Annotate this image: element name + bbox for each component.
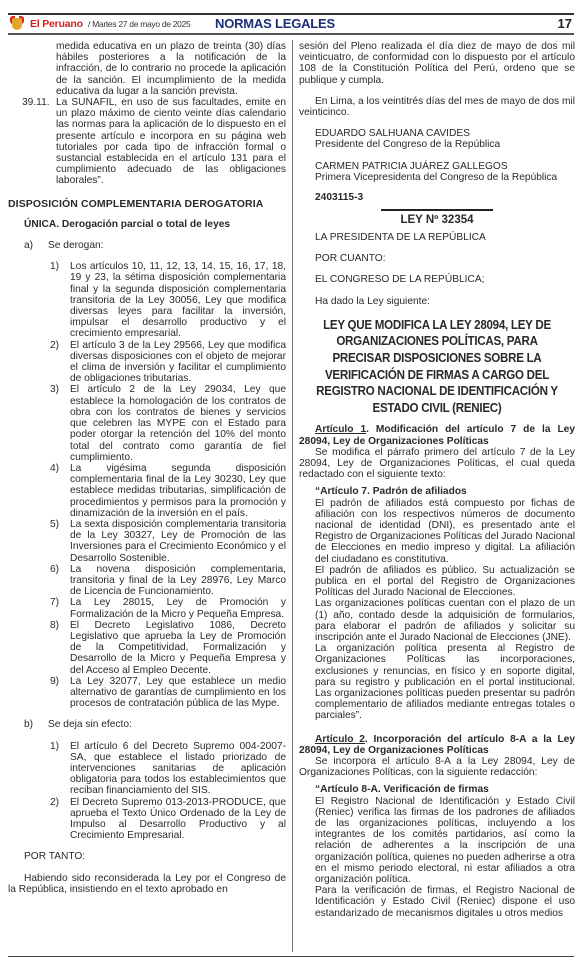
continued-paragraph: sesión del Pleno realizada el día diez d… [299,41,575,86]
por-tanto: POR TANTO: [8,851,286,862]
article-7-quote: “Artículo 7. Padrón de afiliados El padr… [299,486,575,721]
signatory-name: EDUARDO SALHUANA CAVIDES [315,128,575,139]
signatory: EDUARDO SALHUANA CAVIDES Presidente del … [299,128,575,150]
quote-paragraph: El Registro Nacional de Identificación y… [315,796,575,886]
habiendo-paragraph: Habiendo sido reconsiderada la Ley por e… [8,873,286,895]
item-number: 4) [50,463,59,474]
list-item: 5)La sexta disposición complementaria tr… [8,519,286,564]
article-1-intro: Se modifica el párrafo primero del artíc… [299,447,575,481]
item-text: El artículo 3 de la Ley 29566, Ley que m… [70,340,286,385]
unica-heading: ÚNICA. Derogación parcial o total de ley… [8,219,286,230]
quote-paragraph: Para la verificación de firmas, el Regis… [315,885,575,919]
list-item: 2)El artículo 3 de la Ley 29566, Ley que… [8,340,286,385]
signatory: CARMEN PATRICIA JUÁREZ GALLEGOS Primera … [299,161,575,183]
list-item: 2)El Decreto Supremo 013-2013-PRODUCE, q… [8,797,286,842]
congreso-line: EL CONGRESO DE LA REPÚBLICA; [299,274,575,285]
list-item: 3)El artículo 2 de la Ley 29034, Ley que… [8,384,286,462]
article-2-label: Artículo 2 [315,734,365,745]
disposicion-heading: DISPOSICIÓN COMPLEMENTARIA DEROGATORIA [8,199,286,210]
footer-rule [8,956,574,957]
quote-heading: “Artículo 8-A. Verificación de firmas [315,784,575,795]
item-number: 5) [50,519,59,530]
item-number: 2) [50,340,59,351]
item-number: 6) [50,564,59,575]
publication-date: / Martes 27 de mayo de 2025 [88,19,190,29]
left-column: medida educativa en un plazo de treinta … [8,41,286,895]
item-text: La Ley 28015, Ley de Promoción y Formali… [70,597,286,619]
list-item: 4)La vigésima segunda disposición comple… [8,463,286,519]
item-number: 1) [50,741,59,752]
article-2-intro: Se incorpora el artículo 8-A a la Ley 28… [299,756,575,778]
header-top-rule [8,13,574,15]
section-a-label: a) [24,240,33,251]
quote-paragraph: El padrón de afiliados está compuesto po… [315,498,575,565]
right-column: sesión del Pleno realizada el día diez d… [299,41,575,919]
article-8a-quote: “Artículo 8-A. Verificación de firmas El… [299,784,575,918]
quote-heading: “Artículo 7. Padrón de afiliados [315,486,575,497]
quote-paragraph: La organización política presenta al Reg… [315,643,575,721]
quote-paragraph: El padrón de afiliados es público. Su ac… [315,565,575,599]
signatory-name: CARMEN PATRICIA JUÁREZ GALLEGOS [315,161,575,172]
newspaper-brand: El Peruano [30,18,83,30]
page-number: 17 [558,16,572,31]
section-a-text: Se derogan: [48,240,104,251]
list-item: 1)El artículo 6 del Decreto Supremo 004-… [8,741,286,797]
signatory-title: Presidente del Congreso de la República [315,139,575,150]
law-separator [381,209,493,211]
law-title: LEY QUE MODIFICA LA LEY 28094, LEY DE OR… [310,317,564,417]
law-number: LEY Nº 32354 [299,215,575,226]
column-divider [292,40,293,952]
article-2-heading: Artículo 2. Incorporación del artículo 8… [299,734,575,756]
item-text: La SUNAFIL, en uso de sus facultades, em… [56,97,286,186]
item-number: 2) [50,797,59,808]
list-item: 1)Los artículos 10, 11, 12, 13, 14, 15, … [8,261,286,339]
quote-paragraph: Las organizaciones políticas cuentan con… [315,598,575,643]
list-item: 9)La Ley 32077, Ley que establece un med… [8,676,286,710]
list-item: 6)La novena disposición complementaria, … [8,564,286,598]
page-header: El Peruano / Martes 27 de mayo de 2025 N… [8,13,574,33]
presidenta-line: LA PRESIDENTA DE LA REPÚBLICA [299,232,575,243]
list-item: 7)La Ley 28015, Ley de Promoción y Forma… [8,597,286,619]
item-number: 9) [50,676,59,687]
item-text: El artículo 2 de la Ley 29034, Ley que e… [70,384,286,462]
item-text: La Ley 32077, Ley que establece un medio… [70,676,286,709]
coat-of-arms-icon [10,16,24,31]
section-b-text: Se deja sin efecto: [48,719,132,730]
item-text: La sexta disposición complementaria tran… [70,519,286,564]
item-text: La novena disposición complementaria, tr… [70,564,286,597]
section-b: b) Se deja sin efecto: [8,719,286,730]
item-number: 8) [50,620,59,631]
por-cuanto-line: POR CUANTO: [299,253,575,264]
continued-paragraph: medida educativa en un plazo de treinta … [8,41,286,97]
item-number: 7) [50,597,59,608]
item-text: El artículo 6 del Decreto Supremo 004-20… [70,741,286,797]
section-a: a) Se derogan: [8,240,286,251]
reference-code: 2403115-3 [299,192,575,203]
item-number: 3) [50,384,59,395]
article-1-label: Artículo 1 [315,424,366,435]
section-b-label: b) [24,719,33,730]
section-title: NORMAS LEGALES [215,16,335,31]
item-text: La vigésima segunda disposición compleme… [70,463,286,519]
en-lima-paragraph: En Lima, a los veintitrés días del mes d… [299,96,575,118]
sin-efecto-list: 1)El artículo 6 del Decreto Supremo 004-… [8,741,286,842]
item-number: 39.11. [22,97,50,108]
signatory-title: Primera Vicepresidenta del Congreso de l… [315,172,575,183]
item-text: El Decreto Legislativo 1086, Decreto Leg… [70,620,286,676]
article-1-heading: Artículo 1. Modificación del artículo 7 … [299,424,575,446]
item-text: Los artículos 10, 11, 12, 13, 14, 15, 16… [70,261,286,339]
item-number: 1) [50,261,59,272]
list-item: 8)El Decreto Legislativo 1086, Decreto L… [8,620,286,676]
ha-dado-line: Ha dado la Ley siguiente: [299,296,575,307]
item-39-11: 39.11. La SUNAFIL, en uso de sus faculta… [8,97,286,187]
item-text: El Decreto Supremo 013-2013-PRODUCE, que… [70,797,286,842]
header-bottom-rule [8,33,574,35]
derogated-list: 1)Los artículos 10, 11, 12, 13, 14, 15, … [8,261,286,709]
